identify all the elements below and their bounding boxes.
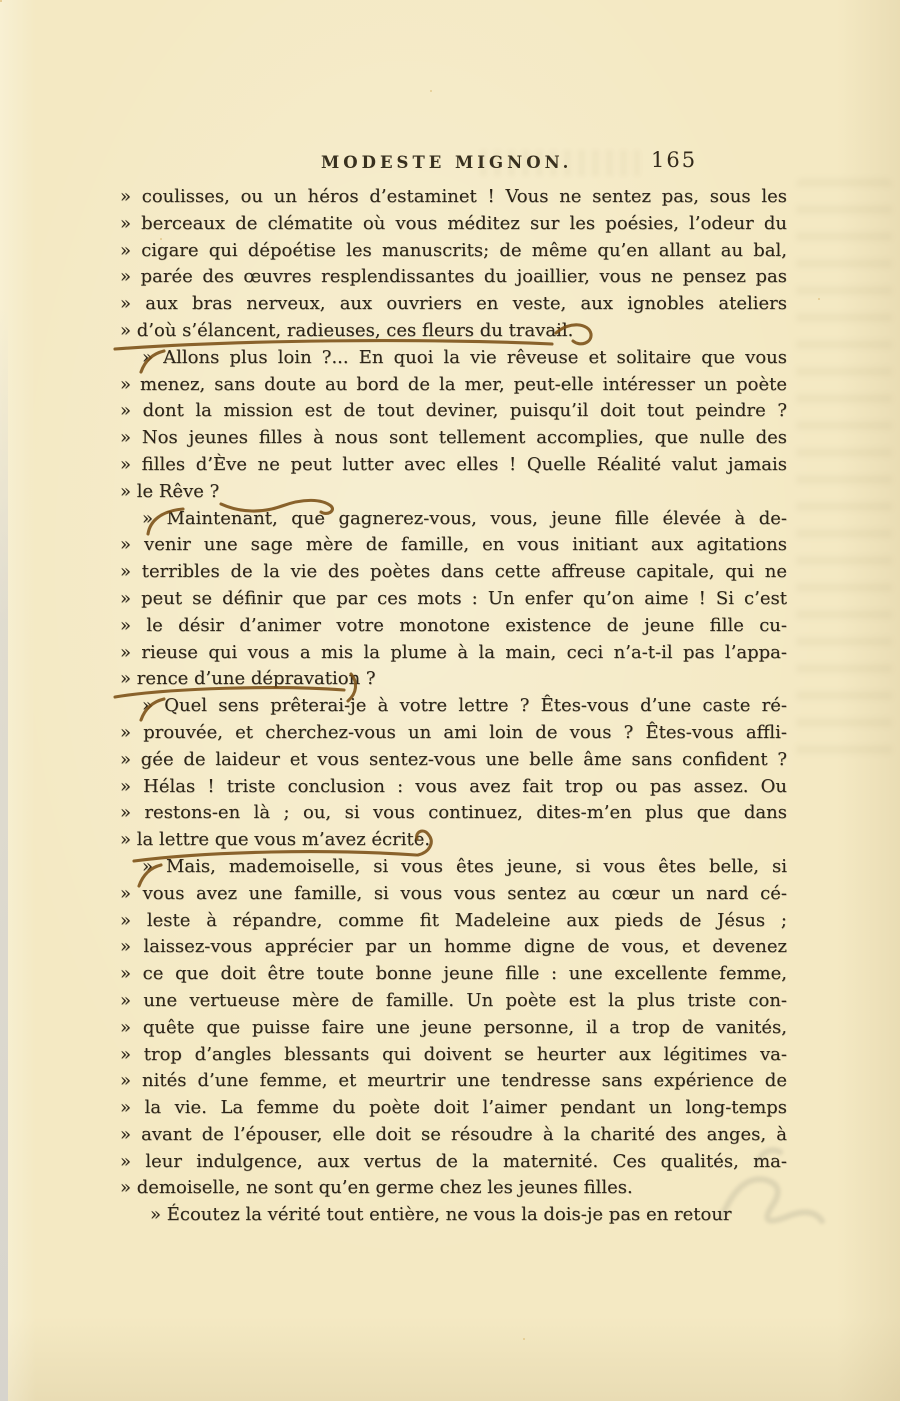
text-line: » parée des œuvres resplendissantes du j… bbox=[120, 264, 787, 291]
text-line: » rieuse qui vous a mis la plume à la ma… bbox=[120, 640, 787, 667]
text-line: » la lettre que vous m’avez écrite. bbox=[120, 827, 787, 854]
text-line: » Mais, mademoiselle, si vous êtes jeune… bbox=[120, 854, 787, 881]
text-line: » quête que puisse faire une jeune perso… bbox=[120, 1015, 787, 1042]
text-line: » trop d’angles blessants qui doivent se… bbox=[120, 1042, 787, 1069]
text-line: » Quel sens prêterai-je à votre lettre ?… bbox=[120, 693, 787, 720]
text-line: » laissez-vous apprécier par un homme di… bbox=[120, 934, 787, 961]
text-line: » prouvée, et cherchez-vous un ami loin … bbox=[120, 720, 787, 747]
book-page: MODESTE MIGNON. 165 » coulisses, ou un h… bbox=[0, 0, 900, 1401]
paper-speckles bbox=[0, 0, 2, 2]
text-line: » Hélas ! triste conclusion : vous avez … bbox=[120, 774, 787, 801]
text-line: » peut se définir que par ces mots : Un … bbox=[120, 586, 787, 613]
text-line: » gée de laideur et vous sentez-vous une… bbox=[120, 747, 787, 774]
text-line: » avant de l’épouser, elle doit se résou… bbox=[120, 1122, 787, 1149]
text-line: » demoiselle, ne sont qu’en germe chez l… bbox=[120, 1175, 787, 1202]
text-line: » d’où s’élancent, radieuses, ces fleurs… bbox=[120, 318, 787, 345]
text-line: » terribles de la vie des poètes dans ce… bbox=[120, 559, 787, 586]
text-line: » rence d’une dépravation ? bbox=[120, 666, 787, 693]
running-head-title: MODESTE MIGNON. bbox=[321, 153, 572, 172]
text-line: » dont la mission est de tout deviner, p… bbox=[120, 398, 787, 425]
text-line: » leste à répandre, comme fit Madeleine … bbox=[120, 908, 787, 935]
bleedthrough-text-ghost bbox=[796, 178, 892, 758]
page-text: » coulisses, ou un héros d’estaminet ! V… bbox=[120, 184, 787, 1229]
text-line: » Allons plus loin ?... En quoi la vie r… bbox=[120, 345, 787, 372]
text-line: » cigare qui dépoétise les manuscrits; d… bbox=[120, 238, 787, 265]
text-line: » la vie. La femme du poète doit l’aimer… bbox=[120, 1095, 787, 1122]
text-line: » Écoutez la vérité tout entière, ne vou… bbox=[120, 1202, 787, 1229]
text-line: » menez, sans doute au bord de la mer, p… bbox=[120, 372, 787, 399]
text-line: » nités d’une femme, et meurtrir une ten… bbox=[120, 1068, 787, 1095]
text-line: » berceaux de clématite où vous méditez … bbox=[120, 211, 787, 238]
text-line: » le Rêve ? bbox=[120, 479, 787, 506]
text-line: » filles d’Ève ne peut lutter avec elles… bbox=[120, 452, 787, 479]
text-line: » restons-en là ; ou, si vous continuez,… bbox=[120, 800, 787, 827]
text-line: » Maintenant, que gagnerez-vous, vous, j… bbox=[120, 506, 787, 533]
page-number: 165 bbox=[651, 148, 697, 172]
text-line: » une vertueuse mère de famille. Un poèt… bbox=[120, 988, 787, 1015]
text-line: » coulisses, ou un héros d’estaminet ! V… bbox=[120, 184, 787, 211]
text-line: » aux bras nerveux, aux ouvriers en vest… bbox=[120, 291, 787, 318]
text-line: » leur indulgence, aux vertus de la mate… bbox=[120, 1149, 787, 1176]
text-line: » Nos jeunes filles à nous sont tellemen… bbox=[120, 425, 787, 452]
text-line: » vous avez une famille, si vous vous se… bbox=[120, 881, 787, 908]
text-line: » venir une sage mère de famille, en vou… bbox=[120, 532, 787, 559]
text-line: » le désir d’animer votre monotone exist… bbox=[120, 613, 787, 640]
text-line: » ce que doit être toute bonne jeune fil… bbox=[120, 961, 787, 988]
scan-edge bbox=[0, 0, 8, 1401]
